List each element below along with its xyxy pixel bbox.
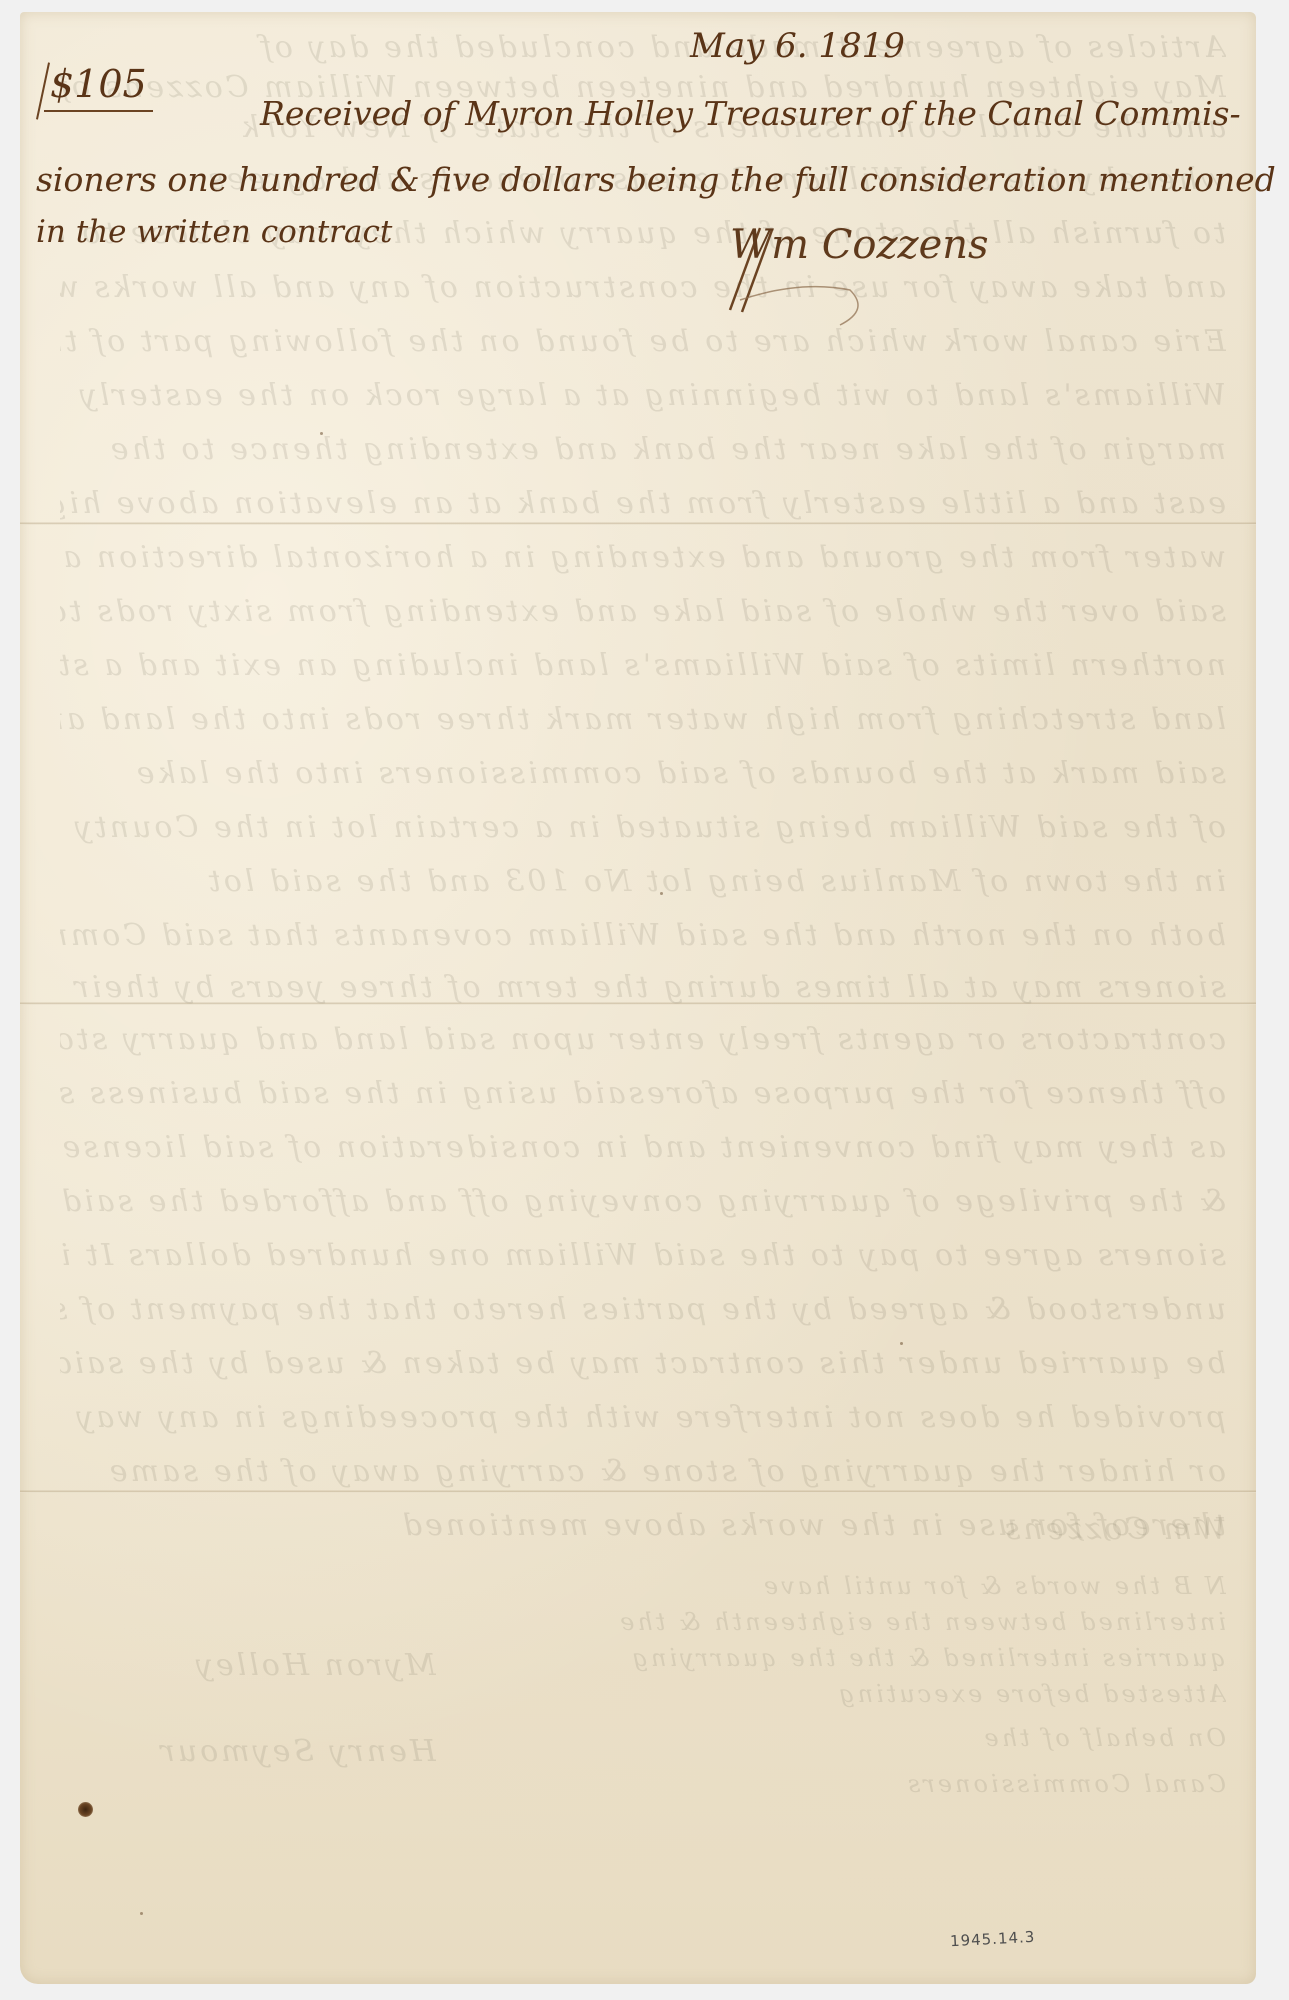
paper-speck [320, 432, 323, 435]
paper-speck [140, 1912, 143, 1915]
bleed-through-line: of the said William being situated in a … [60, 810, 1226, 845]
bleed-through-line: margin of the lake near the bank and ext… [60, 432, 1226, 467]
receipt-line-3: in the written contract [36, 214, 392, 250]
bleed-through-note: Attested before executing [620, 1680, 1226, 1708]
bleed-through-note: Canal Commissioners [620, 1770, 1226, 1798]
bleed-through-witness: Henry Seymour [140, 1734, 436, 1769]
bleed-through-note: interlined between the eighteenth & the … [620, 1608, 1226, 1636]
paper-sheet: Articles of agreement made and concluded… [20, 12, 1256, 1984]
bleed-through-line: water from the ground and extending in a… [60, 540, 1226, 575]
bleed-through-line: Articles of agreement made and concluded… [60, 30, 1226, 65]
fold-line-3 [20, 1490, 1256, 1493]
paper-speck [900, 1342, 903, 1345]
bleed-through-line: Erie canal work which are to be found on… [60, 324, 1226, 359]
bleed-through-signature: Wm Cozzens [580, 1512, 1226, 1547]
bleed-through-line: Williams's land to wit beginning at a la… [60, 378, 1226, 413]
bleed-through-line: in the town of Manlius being lot No 103 … [60, 864, 1226, 899]
bleed-through-line: east and a little easterly from the bank… [60, 486, 1226, 521]
receipt-amount: $105 [44, 62, 153, 112]
bleed-through-line: said mark at the bounds of said commissi… [60, 756, 1226, 791]
bleed-through-line: as they may find convenient and in consi… [60, 1130, 1226, 1165]
bleed-through-witness: Myron Holley [140, 1648, 436, 1683]
bleed-through-line: be quarried under this contract may be t… [60, 1346, 1226, 1381]
fold-line-1 [20, 522, 1256, 525]
bleed-through-line: both on the north and the said William c… [60, 918, 1226, 953]
receipt-line-1: Received of Myron Holley Treasurer of th… [260, 94, 1241, 133]
bleed-through-line: or hinder the quarrying of stone & carry… [60, 1454, 1226, 1489]
scan-page: Articles of agreement made and concluded… [0, 0, 1289, 2000]
bleed-through-line: northern limits of said Williams's land … [60, 648, 1226, 683]
bleed-through-line: sioners may at all times during the term… [60, 970, 1226, 1005]
bleed-through-note: quarries interlined & the the quarrying [620, 1644, 1226, 1672]
bleed-through-line: & the privilege of quarrying conveying o… [60, 1184, 1226, 1219]
receipt-line-2: sioners one hundred & five dollars being… [36, 160, 1276, 199]
signature: Wm Cozzens [730, 222, 989, 268]
bleed-through-line: contractors or agents freely enter upon … [60, 1022, 1226, 1057]
bleed-through-line: understood & agreed by the parties heret… [60, 1292, 1226, 1327]
bleed-through-line: provided he does not interfere with the … [60, 1400, 1226, 1435]
bleed-through-line: off thence for the purpose aforesaid usi… [60, 1076, 1226, 1111]
bleed-through-note: N B the words & for until have [620, 1572, 1226, 1600]
bleed-through-line: land stretching from high water mark thr… [60, 702, 1226, 737]
bleed-through-line: sioners agree to pay to the said William… [60, 1238, 1226, 1273]
bleed-through-line: said over the whole of said lake and ext… [60, 594, 1226, 629]
ink-stain [78, 1802, 93, 1817]
paper-speck [660, 892, 663, 895]
receipt-date: May 6. 1819 [690, 26, 905, 66]
bleed-through-line: and take away for use in the constructio… [60, 270, 1226, 305]
bleed-through-note: On behalf of the [620, 1724, 1226, 1752]
